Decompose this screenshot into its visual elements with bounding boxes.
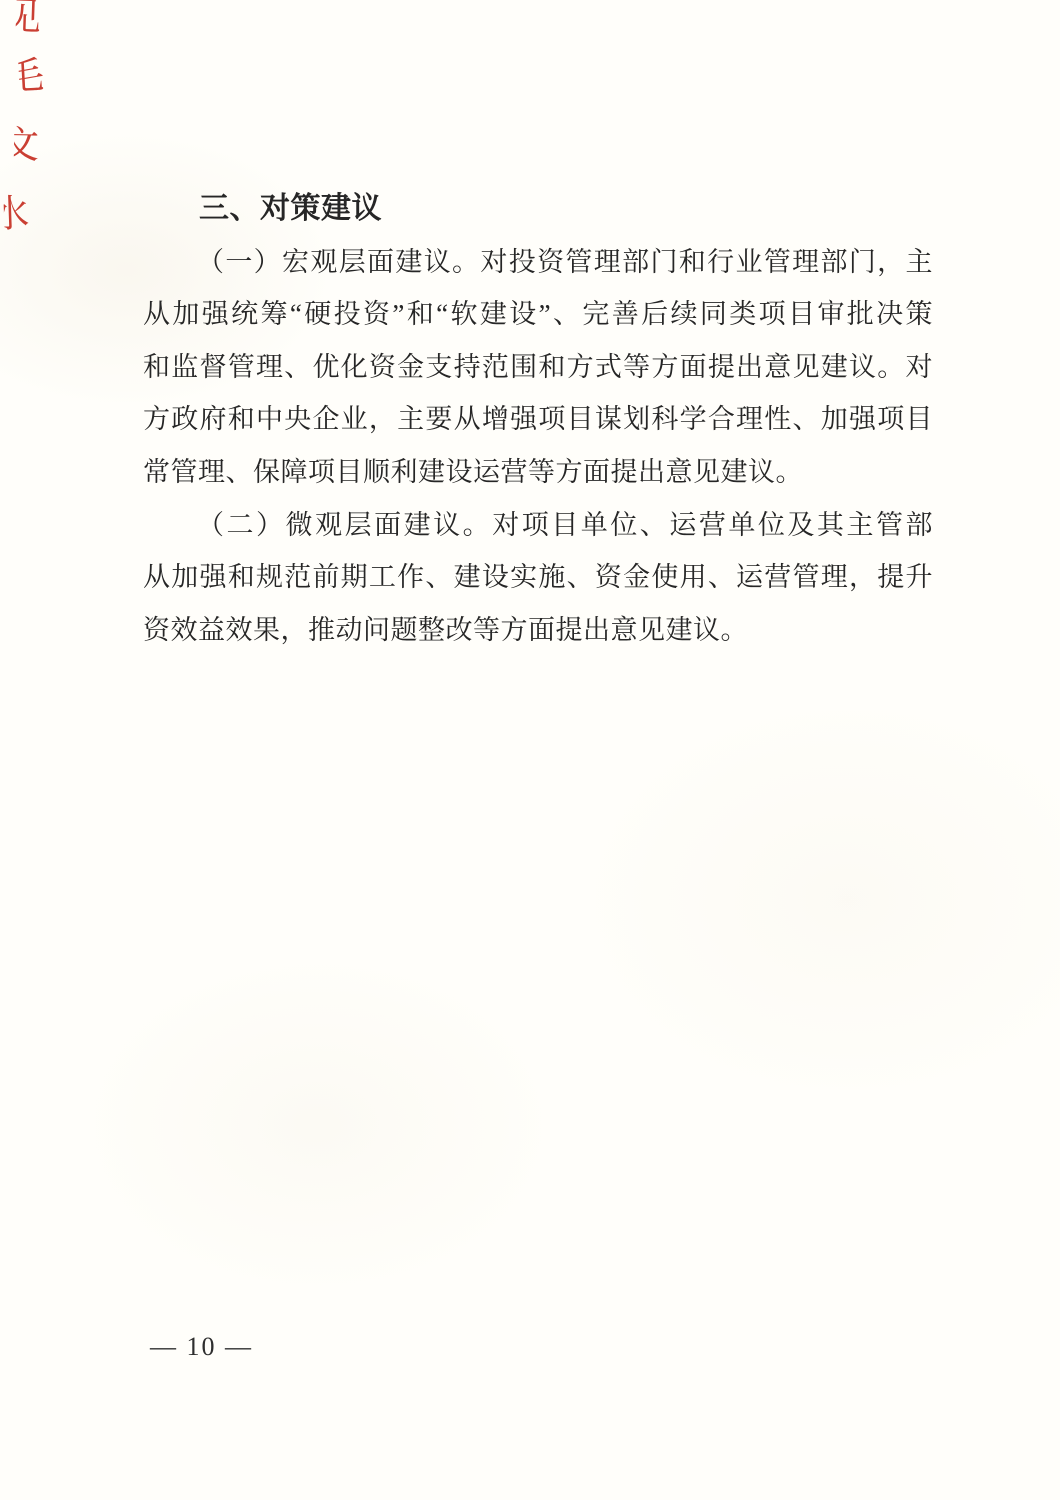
paragraph-micro-suggestions: （二）微观层面建议。对项目单位、运营单位及其主管部门， 从加强和规范前期工作、建… bbox=[143, 499, 933, 657]
red-ink-mark: 毛 bbox=[18, 53, 58, 99]
text-line: 资效益效果，推动问题整改等方面提出意见建议。 bbox=[143, 604, 933, 657]
red-ink-mark: 水 bbox=[3, 191, 49, 237]
text-line: 和监督管理、优化资金支持范围和方式等方面提出意见建议。对地 bbox=[143, 341, 933, 394]
text-line: 常管理、保障项目顺利建设运营等方面提出意见建议。 bbox=[143, 446, 933, 499]
text-line: 方政府和中央企业，主要从增强项目谋划科学合理性、加强项目日 bbox=[143, 393, 933, 446]
paragraph-macro-suggestions: （一）宏观层面建议。对投资管理部门和行业管理部门，主要 从加强统筹“硬投资”和“… bbox=[143, 236, 933, 499]
text-line: 从加强和规范前期工作、建设实施、资金使用、运营管理，提升投 bbox=[143, 551, 933, 604]
page-number: — 10 — bbox=[150, 1332, 253, 1362]
red-ink-artifacts: 见 毛 文 水 bbox=[0, 0, 58, 250]
section-heading: 三、对策建议 bbox=[143, 183, 933, 236]
text-line: （一）宏观层面建议。对投资管理部门和行业管理部门，主要 bbox=[143, 236, 933, 289]
document-page: 见 毛 文 水 三、对策建议 （一）宏观层面建议。对投资管理部门和行业管理部门，… bbox=[0, 0, 1060, 1500]
text-line: （二）微观层面建议。对项目单位、运营单位及其主管部门， bbox=[143, 499, 933, 552]
red-ink-mark: 文 bbox=[14, 124, 58, 169]
red-ink-mark: 见 bbox=[15, 0, 58, 41]
text-line: 从加强统筹“硬投资”和“软建设”、完善后续同类项目审批决策 bbox=[143, 288, 933, 341]
document-body: 三、对策建议 （一）宏观层面建议。对投资管理部门和行业管理部门，主要 从加强统筹… bbox=[143, 183, 933, 656]
